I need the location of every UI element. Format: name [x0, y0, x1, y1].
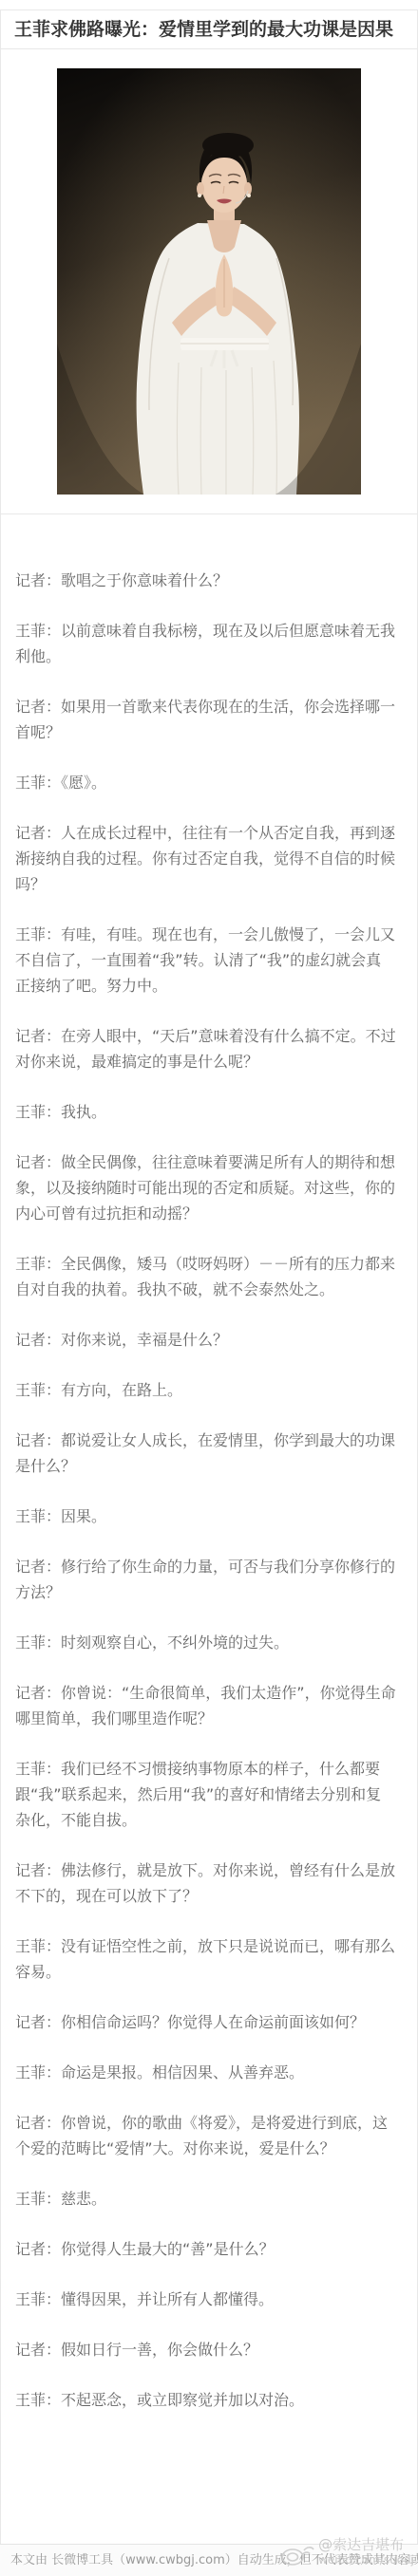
article-body: 记者：歌唱之于你意味着什么？王菲：以前意味着自我标榜，现在及以后但愿意味着无我利… [1, 514, 417, 2544]
dialogue-paragraph: 王菲：没有证悟空性之前，放下只是说说而已，哪有那么容易。 [15, 1933, 396, 1985]
dialogue-paragraph: 记者：都说爱让女人成长，在爱情里，你学到最大的功课是什么？ [15, 1428, 396, 1479]
dialogue-paragraph: 记者：佛法修行，就是放下。对你来说，曾经有什么是放不下的，现在可以放下了？ [15, 1857, 396, 1909]
footer-generator-note: 本文由 长微博工具（www.cwbgj.com）自动生成，但不代表赞成其内容或立… [10, 2553, 418, 2567]
dialogue-paragraph: 记者：做全民偶像，往往意味着要满足所有人的期待和想象，以及接纳随时可能出现的否定… [15, 1149, 396, 1226]
article-container: 王菲求佛路曝光：爱情里学到的最大功课是因果 [0, 9, 418, 2576]
dialogue-paragraph: 记者：歌唱之于你意味着什么？ [15, 568, 396, 593]
dialogue-paragraph: 王菲：因果。 [15, 1503, 396, 1529]
dialogue-paragraph: 记者：人在成长过程中，往往有一个从否定自我，再到逐渐接纳自我的过程。你有过否定自… [15, 820, 396, 897]
dialogue-paragraph: 记者：假如日行一善，你会做什么？ [15, 2337, 396, 2362]
dialogue-paragraph: 记者：你曾说：“生命很简单，我们太造作”，你觉得生命哪里简单，我们哪里造作呢？ [15, 1680, 396, 1731]
dialogue-paragraph: 王菲：《愿》。 [15, 770, 396, 795]
page-title: 王菲求佛路曝光：爱情里学到的最大功课是因果 [1, 10, 417, 49]
dialogue-paragraph: 记者：如果用一首歌来代表你现在的生活，你会选择哪一首呢？ [15, 694, 396, 745]
footer-bar: 本文由 长微博工具（www.cwbgj.com）自动生成，但不代表赞成其内容或立… [0, 2544, 418, 2576]
dialogue-paragraph: 王菲：时刻观察自心，不纠外境的过失。 [15, 1630, 396, 1655]
faye-wong-praying-illustration [57, 68, 361, 495]
long-weibo-page: 王菲求佛路曝光：爱情里学到的最大功课是因果 [0, 0, 418, 2576]
dialogue-paragraph: 记者：你觉得人生最大的“善”是什么？ [15, 2236, 396, 2262]
dialogue-paragraph: 王菲：命运是果报。相信因果、从善弃恶。 [15, 2060, 396, 2085]
dialogue-paragraph: 王菲：我们已经不习惯接纳事物原本的样子，什么都要跟“我”联系起来，然后用“我”的… [15, 1756, 396, 1833]
dialogue-paragraph: 记者：修行给了你生命的力量，可否与我们分享你修行的方法？ [15, 1554, 396, 1605]
dialogue-paragraph: 王菲：不起恶念，或立即察觉并加以对治。 [15, 2387, 396, 2413]
dialogue-paragraph: 王菲：我执。 [15, 1099, 396, 1125]
dialogue-paragraph: 王菲：有哇，有哇。现在也有，一会儿傲慢了，一会儿又不自信了，一直围着“我”转。认… [15, 922, 396, 999]
dialogue-paragraph: 王菲：全民偶像，矮马（哎呀妈呀）－－所有的压力都来自对自我的执着。我执不破，就不… [15, 1251, 396, 1302]
dialogue-paragraph: 王菲：慈悲。 [15, 2186, 396, 2212]
dialogue-paragraph: 记者：在旁人眼中，“天后”意味着没有什么搞不定。不过对你来说，最难搞定的事是什么… [15, 1023, 396, 1074]
dialogue-paragraph: 王菲：有方向，在路上。 [15, 1377, 396, 1403]
article-photo [57, 68, 361, 495]
article-photo-section [1, 49, 417, 514]
dialogue-paragraph: 王菲：懂得因果，并让所有人都懂得。 [15, 2287, 396, 2312]
dialogue-paragraph: 王菲：以前意味着自我标榜，现在及以后但愿意味着无我利他。 [15, 618, 396, 669]
dialogue-paragraph: 记者：你相信命运吗？你觉得人在命运前面该如何？ [15, 2009, 396, 2035]
dialogue-paragraph: 记者：你曾说，你的歌曲《将爱》，是将爱进行到底，这个爱的范畴比“爱情”大。对你来… [15, 2110, 396, 2161]
dialogue-paragraph: 记者：对你来说，幸福是什么？ [15, 1327, 396, 1353]
